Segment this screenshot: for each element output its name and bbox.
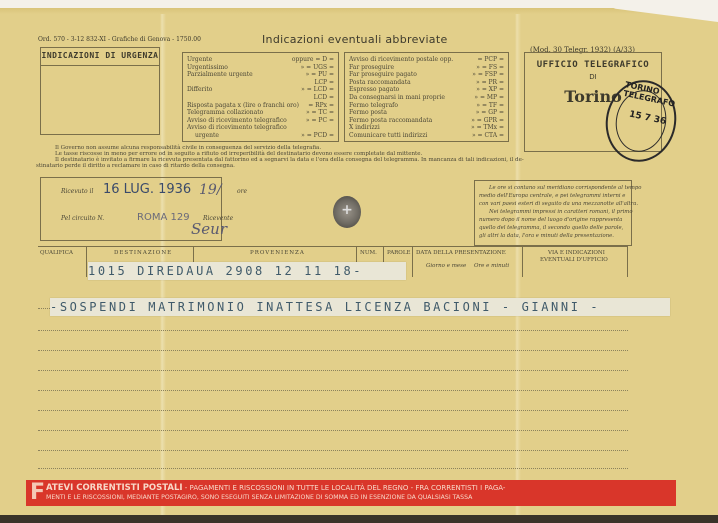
circuit-label: Pel circuito N.	[61, 215, 104, 222]
col-data-presentazione: DATA DELLA PRESENTAZIONE	[416, 250, 506, 256]
col-via-2: EVENTUALI D'UFFICIO	[540, 257, 608, 263]
col-provenienza: PROVENIENZA	[250, 250, 305, 256]
received-date-stamp: 16 LUG. 1936	[103, 182, 191, 197]
received-label: Ricevuto il	[61, 188, 93, 195]
banner-line-1: ATEVI CORRENTISTI POSTALI - PAGAMENTI E …	[46, 483, 505, 493]
time-note-box: Le ore si contano sul meridiano corrispo…	[474, 180, 632, 246]
col-destinazione: DESTINAZIONE	[114, 250, 172, 256]
urgency-title: INDICAZIONI DI URGENZA	[41, 51, 159, 60]
receipt-box: Ricevuto il 16 LUG. 1936 19/ ore Pel cir…	[40, 177, 222, 241]
order-line: Ord. 570 - 3-12 832-XI - Grafiche di Gen…	[38, 36, 201, 43]
header-title: Indicazioni eventuali abbreviate	[262, 33, 448, 46]
col-num: NUM.	[360, 250, 377, 256]
message-body-tape: -SOSPENDI MATRIMONIO INATTESA LICENZA BA…	[50, 298, 670, 316]
abbreviations-left: Urgenteoppure = D = Urgentissimo» = UGS …	[182, 52, 339, 142]
col-giorno-mese: Giorno e mese	[426, 263, 466, 269]
handwritten-mark: 19/	[199, 182, 222, 198]
urgency-input-area	[40, 64, 160, 135]
col-parole: PAROLE	[387, 250, 411, 256]
banner-initial: F	[30, 481, 45, 505]
banner-line-2: MENTI E LE RISCOSSIONI, MEDIANTE POSTAGI…	[46, 494, 472, 501]
col-ore-minuti: Ore e minuti	[474, 263, 509, 269]
receiver-signature: Seur	[191, 220, 227, 238]
office-line1: UFFICIO TELEGRAFICO	[525, 60, 661, 70]
scan-bottom-edge	[0, 515, 718, 523]
savoy-coat-of-arms-icon	[333, 196, 361, 228]
telegram-form: Ord. 570 - 3-12 832-XI - Grafiche di Gen…	[0, 8, 718, 523]
circuit-value: ROMA 129	[137, 212, 190, 223]
postal-account-banner: F ATEVI CORRENTISTI POSTALI - PAGAMENTI …	[26, 480, 676, 506]
col-via: VIA E INDICAZIONI	[548, 250, 605, 256]
hour-label: ore	[237, 188, 247, 195]
header-tape: 1015 DIREDAUA 2908 12 11 18-	[88, 262, 406, 280]
col-qualifica: QUALIFICA	[40, 250, 73, 256]
notice-line-4: stinatario perde il diritto a reclamare …	[36, 163, 235, 169]
abbreviations-right: Avviso di ricevimento postale opp.= PCP …	[344, 52, 509, 142]
